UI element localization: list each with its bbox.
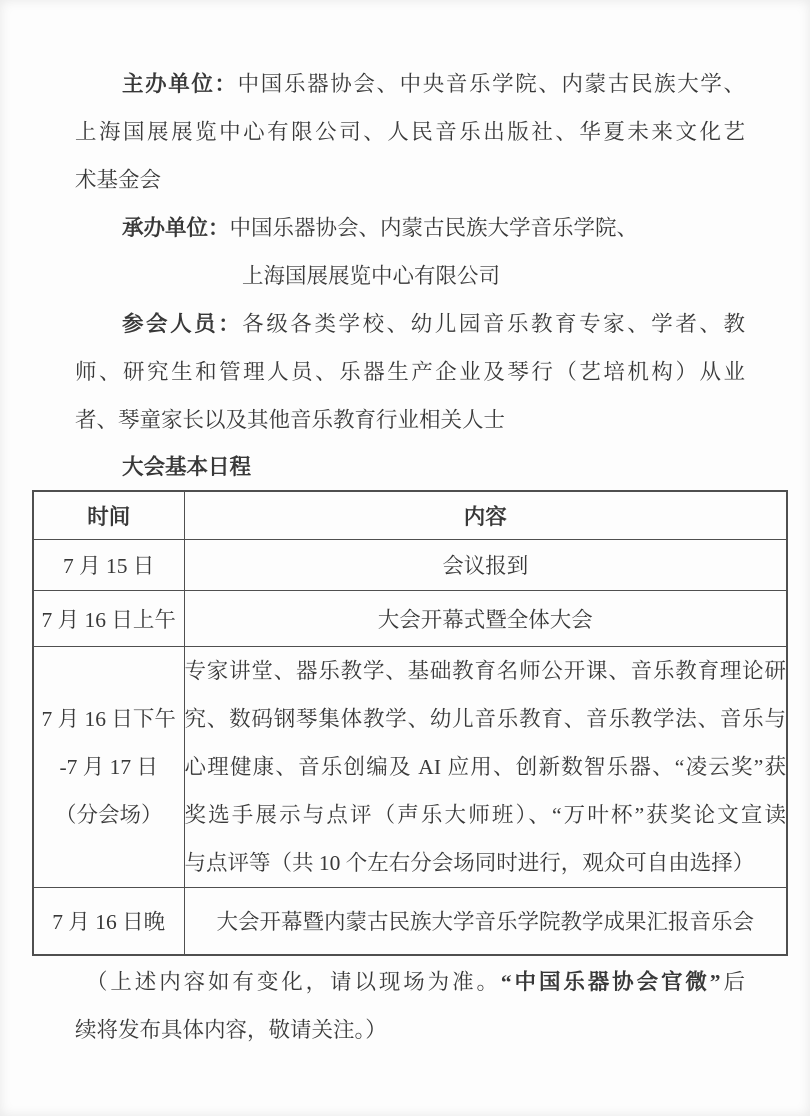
cell-time-row2: 7 月 16 日上午	[33, 590, 184, 646]
time-line: 7 月 16 日下午	[34, 695, 184, 743]
content-line: 与点评等（共 10 个左右分会场同时进行，观众可自由选择）	[185, 839, 787, 887]
table-row: 7 月 15 日 会议报到	[33, 539, 787, 590]
content-line: 心理健康、音乐创编及 AI 应用、创新数智乐器、“凌云奖”获	[185, 743, 787, 791]
content-line: 奖选手展示与点评（声乐大师班）、“万叶杯”获奖论文宣读	[185, 791, 787, 839]
text-line: 师、研究生和管理人员、乐器生产企业及琴行（艺培机构）从业	[75, 348, 745, 396]
organizer-units-text: 中国乐器协会、内蒙古民族大学音乐学院、	[230, 216, 639, 240]
paragraph-participants: 参会人员：各级各类学校、幼儿园音乐教育专家、学者、教 师、研究生和管理人员、乐器…	[75, 300, 745, 444]
cell-content-row2: 大会开幕式暨全体大会	[184, 590, 787, 646]
text-line: 上海国展展览中心有限公司、人民音乐出版社、华夏未来文化艺	[75, 108, 745, 156]
text-line: 主办单位：中国乐器协会、中央音乐学院、内蒙古民族大学、	[75, 60, 745, 108]
col-header-time: 时间	[33, 491, 184, 539]
cell-content-row3: 专家讲堂、器乐教学、基础教育名师公开课、音乐教育理论研 究、数码钢琴集体教学、幼…	[184, 646, 787, 887]
organizer-units-label: 承办单位：	[122, 216, 230, 240]
text-line: （上述内容如有变化，请以现场为准。“中国乐器协会官微”后	[75, 958, 745, 1006]
footer-note: （上述内容如有变化，请以现场为准。“中国乐器协会官微”后 续将发布具体内容，敬请…	[75, 958, 745, 1054]
participants-text: 各级各类学校、幼儿园音乐教育专家、学者、教	[242, 312, 745, 336]
schedule-table: 时间 内容 7 月 15 日 会议报到 7 月 16 日上午 大会开幕式暨全体大…	[32, 490, 788, 956]
text-line: 者、琴童家长以及其他音乐教育行业相关人士	[75, 396, 745, 444]
cell-time-row3: 7 月 16 日下午 -7 月 17 日 （分会场）	[33, 646, 184, 887]
text-line: 上海国展展览中心有限公司	[75, 252, 745, 300]
footer-note-bold: “中国乐器协会官微”	[501, 970, 721, 994]
document-page: 主办单位：中国乐器协会、中央音乐学院、内蒙古民族大学、 上海国展展览中心有限公司…	[0, 0, 810, 1116]
schedule-heading: 大会基本日程	[75, 444, 745, 490]
text-line: 续将发布具体内容，敬请关注。）	[75, 1006, 745, 1054]
footer-note-text: （上述内容如有变化，请以现场为准。	[86, 970, 501, 994]
paragraph-organizer-units: 承办单位：中国乐器协会、内蒙古民族大学音乐学院、 上海国展展览中心有限公司	[75, 204, 745, 300]
text-line: 参会人员：各级各类学校、幼儿园音乐教育专家、学者、教	[75, 300, 745, 348]
time-line: -7 月 17 日	[34, 743, 184, 791]
body-text-block: 主办单位：中国乐器协会、中央音乐学院、内蒙古民族大学、 上海国展展览中心有限公司…	[75, 60, 745, 490]
content-line: 究、数码钢琴集体教学、幼儿音乐教育、音乐教学法、音乐与	[185, 695, 787, 743]
host-units-label: 主办单位：	[122, 72, 238, 96]
paragraph-host-units: 主办单位：中国乐器协会、中央音乐学院、内蒙古民族大学、 上海国展展览中心有限公司…	[75, 60, 745, 204]
table-row: 7 月 16 日下午 -7 月 17 日 （分会场） 专家讲堂、器乐教学、基础教…	[33, 646, 787, 887]
host-units-text: 中国乐器协会、中央音乐学院、内蒙古民族大学、	[238, 72, 745, 96]
participants-label: 参会人员：	[122, 312, 242, 336]
cell-content-row1: 会议报到	[184, 539, 787, 590]
text-line: 术基金会	[75, 156, 745, 204]
content-line: 专家讲堂、器乐教学、基础教育名师公开课、音乐教育理论研	[185, 647, 787, 695]
cell-time-row4: 7 月 16 日晚	[33, 887, 184, 955]
text-line: 承办单位：中国乐器协会、内蒙古民族大学音乐学院、	[75, 204, 745, 252]
table-header-row: 时间 内容	[33, 491, 787, 539]
table-row: 7 月 16 日上午 大会开幕式暨全体大会	[33, 590, 787, 646]
cell-time-row1: 7 月 15 日	[33, 539, 184, 590]
time-line: （分会场）	[34, 791, 184, 839]
cell-content-row4: 大会开幕暨内蒙古民族大学音乐学院教学成果汇报音乐会	[184, 887, 787, 955]
col-header-content: 内容	[184, 491, 787, 539]
footer-note-text: 后	[721, 970, 745, 994]
table-row: 7 月 16 日晚 大会开幕暨内蒙古民族大学音乐学院教学成果汇报音乐会	[33, 887, 787, 955]
